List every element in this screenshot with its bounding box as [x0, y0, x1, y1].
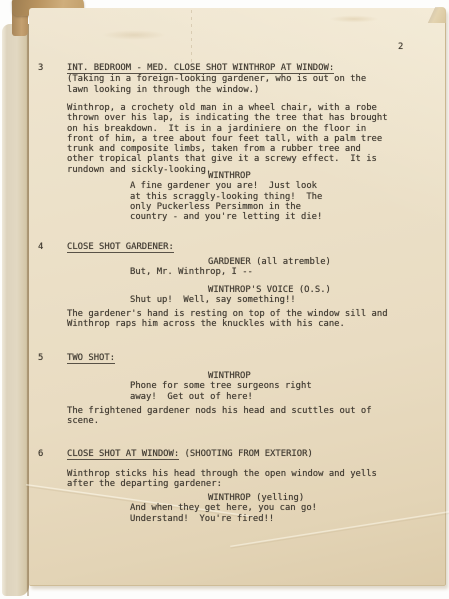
action-paragraph: The frightened gardener nods his head an… [67, 406, 372, 427]
dialogue-block: WINTHROP A fine gardener you are! Just l… [130, 171, 322, 222]
page-number: 2 [398, 42, 403, 52]
dialogue-lines: Shut up! Well, say something!! [130, 295, 331, 305]
dialogue-block: GARDENER (all atremble) But, Mr. Winthro… [130, 257, 331, 278]
scene-3-heading-block: 3 INT. BEDROOM - MED. CLOSE SHOT WINTHRO… [29, 63, 445, 95]
dialogue-lines: But, Mr. Winthrop, I -- [130, 267, 331, 277]
scene-6-heading-block: 6 CLOSE SHOT AT WINDOW: (SHOOTING FROM E… [29, 449, 445, 460]
scene-number: 6 [38, 449, 43, 459]
photo-background: 2 3 INT. BEDROOM - MED. CLOSE SHOT WINTH… [0, 0, 449, 599]
dialogue-character: WINTHROP [208, 371, 312, 381]
dialogue-character: WINTHROP'S VOICE (O.S.) [208, 285, 331, 295]
scene-heading-group: CLOSE SHOT GARDENER: [67, 242, 445, 253]
dialogue-lines: A fine gardener you are! Just look at th… [130, 181, 322, 222]
scene-heading-group: TWO SHOT: [67, 353, 445, 364]
scene-number: 4 [38, 242, 43, 252]
scene-heading-group: INT. BEDROOM - MED. CLOSE SHOT WINTHROP … [67, 63, 445, 95]
scene-heading-note: (Taking in a foreign-looking gardener, w… [67, 74, 445, 95]
scene-5-heading-block: 5 TWO SHOT: [29, 353, 445, 364]
scene-number: 5 [38, 353, 43, 363]
dialogue-block: WINTHROP Phone for some tree surgeons ri… [130, 371, 312, 402]
dialogue-block: WINTHROP (yelling) And when they get her… [130, 493, 317, 524]
scene-heading-group: CLOSE SHOT AT WINDOW: (SHOOTING FROM EXT… [67, 449, 445, 460]
script-page: 2 3 INT. BEDROOM - MED. CLOSE SHOT WINTH… [29, 8, 446, 586]
page-top-fold [420, 7, 446, 23]
scene-heading: CLOSE SHOT AT WINDOW: [67, 449, 179, 460]
scene-4-heading-block: 4 CLOSE SHOT GARDENER: [29, 242, 445, 253]
dialogue-lines: And when they get here, you can go! Unde… [130, 503, 317, 524]
action-paragraph: The gardener's hand is resting on top of… [67, 309, 388, 330]
scene-heading: CLOSE SHOT GARDENER: [67, 242, 174, 253]
scene-heading-suffix: (SHOOTING FROM EXTERIOR) [179, 449, 313, 459]
scene-number: 3 [38, 63, 43, 73]
action-paragraph: Winthrop sticks his head through the ope… [67, 469, 377, 490]
dialogue-block: WINTHROP'S VOICE (O.S.) Shut up! Well, s… [130, 285, 331, 306]
dialogue-character: WINTHROP (yelling) [208, 493, 317, 503]
dialogue-lines: Phone for some tree surgeons right away!… [130, 381, 312, 402]
page-stain [319, 14, 389, 24]
dialogue-character: GARDENER (all atremble) [208, 257, 331, 267]
action-paragraph: Winthrop, a crochety old man in a wheel … [67, 103, 388, 175]
scene-heading: TWO SHOT: [67, 353, 115, 364]
page-stack-edge [2, 24, 29, 596]
scene-heading: INT. BEDROOM - MED. CLOSE SHOT WINTHROP … [67, 63, 334, 74]
page-stain [89, 28, 179, 42]
dialogue-character: WINTHROP [208, 171, 322, 181]
